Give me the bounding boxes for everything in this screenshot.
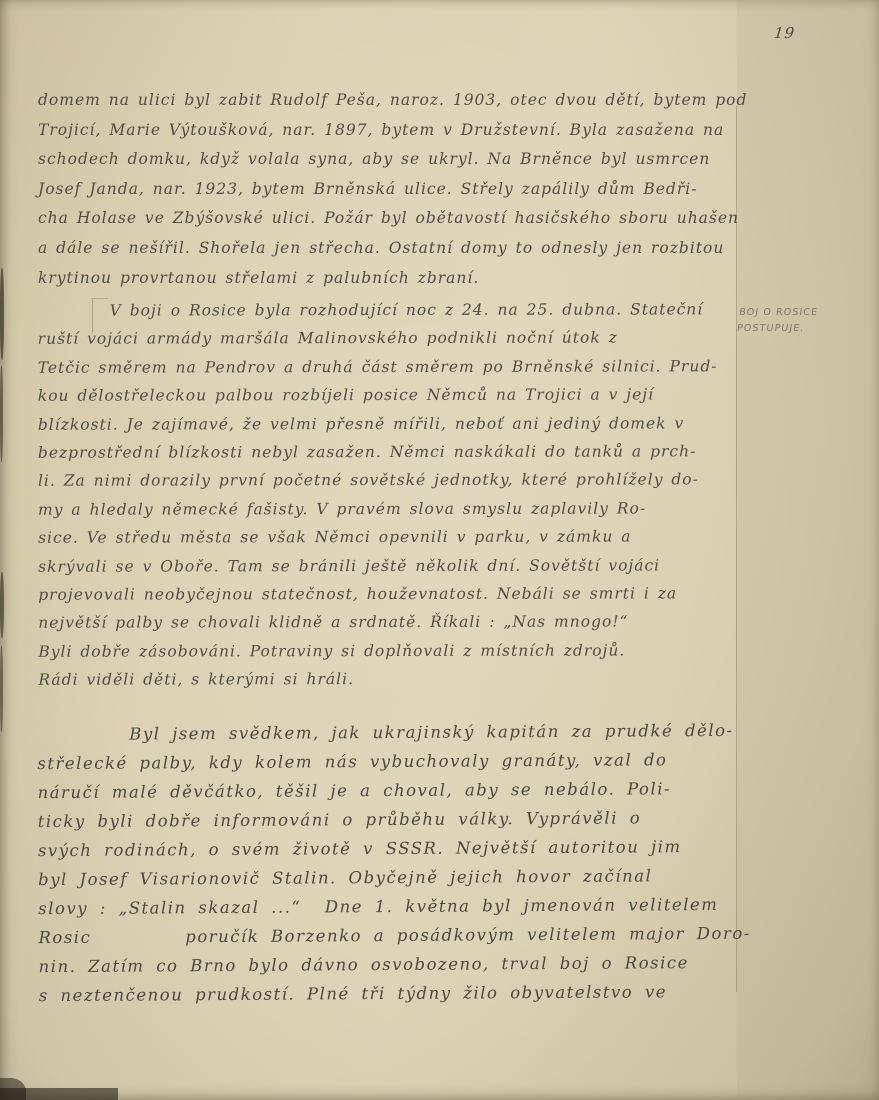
text-line: kou dělostřeleckou palbou rozbíjeli posi…	[38, 381, 738, 411]
handwritten-text: domem na ulici byl zabit Rudolf Peša, na…	[38, 86, 738, 1008]
page-edge-mark	[0, 646, 3, 732]
margin-note-line: POSTUPUJE.	[736, 321, 817, 337]
page-number: 19	[773, 24, 796, 42]
text-line: nin. Zatím co Brno bylo dávno osvobozeno…	[39, 948, 739, 981]
text-line: Rádi viděli děti, s kterými si hráli.	[38, 665, 738, 695]
text-line: V boji o Rosice byla rozhodující noc z 2…	[38, 295, 738, 325]
text-line: slovy : „Stalin skazal ...“ Dne 1. květn…	[38, 890, 738, 923]
text-line: největší palby se chovali klidně a srdna…	[38, 608, 738, 638]
text-line: krytinou provrtanou střelami z palubních…	[38, 264, 738, 294]
text-line: Byl jsem svědkem, jak ukrajinský kapitán…	[37, 716, 737, 749]
text-line: svých rodinách, o svém životě v SSSR. Ne…	[38, 832, 738, 865]
text-line: s neztenčenou prudkostí. Plné tři týdny …	[39, 977, 739, 1010]
text-line: byl Josef Visarionovič Stalin. Obyčejně …	[38, 861, 738, 894]
text-line: Tetčic směrem na Pendrov a druhá část sm…	[38, 352, 738, 382]
text-line: ruští vojáci armády maršála Malinovského…	[38, 324, 738, 354]
margin-note: BOJ O ROSICE POSTUPUJE.	[736, 305, 819, 337]
text-line: projevovali neobyčejnou statečnost, houž…	[38, 579, 738, 609]
text-line: Josef Janda, nar. 1923, bytem Brněnská u…	[38, 175, 738, 205]
text-line: schodech domku, když volala syna, aby se…	[38, 145, 738, 175]
page-edge-mark	[0, 366, 3, 462]
text-line: náručí malé děvčátko, těšil je a choval,…	[37, 774, 737, 807]
right-margin-area	[737, 0, 879, 1100]
paragraph: V boji o Rosice byla rozhodující noc z 2…	[38, 295, 739, 694]
manuscript-page: 19 BOJ O ROSICE POSTUPUJE. domem na ulic…	[0, 0, 879, 1100]
page-edge-mark	[0, 1078, 26, 1100]
paragraph: Byl jsem svědkem, jak ukrajinský kapitán…	[37, 716, 739, 1010]
text-line: Rosic poručík Borzenko a posádkovým veli…	[38, 919, 738, 952]
text-line: Trojicí, Marie Výtoušková, nar. 1897, by…	[38, 116, 738, 146]
page-edge-mark	[0, 268, 4, 360]
text-line: my a hledaly německé fašisty. V pravém s…	[38, 494, 738, 524]
text-line: Byli dobře zásobováni. Potraviny si dopl…	[38, 636, 738, 666]
text-line: blízkosti. Je zajímavé, že velmi přesně …	[38, 409, 738, 439]
text-line: cha Holase ve Zbýšovské ulici. Požár byl…	[38, 204, 738, 234]
text-line: bezprostřední blízkosti nebyl zasažen. N…	[38, 437, 738, 467]
page-edge-mark	[0, 572, 4, 638]
text-line: li. Za nimi dorazily první početné sovět…	[38, 466, 738, 496]
margin-note-line: BOJ O ROSICE	[738, 305, 819, 321]
text-line: ticky byli dobře informováni o průběhu v…	[38, 803, 738, 836]
text-line: střelecké palby, kdy kolem nás vybuchova…	[37, 745, 737, 778]
text-line: sice. Ve středu města se však Němci opev…	[38, 523, 738, 553]
text-line: domem na ulici byl zabit Rudolf Peša, na…	[38, 86, 738, 116]
paragraph: domem na ulici byl zabit Rudolf Peša, na…	[38, 86, 738, 293]
text-line: skrývali se v Oboře. Tam se bránili ješt…	[38, 551, 738, 581]
text-line: a dále se nešířil. Shořela jen střecha. …	[38, 234, 738, 264]
